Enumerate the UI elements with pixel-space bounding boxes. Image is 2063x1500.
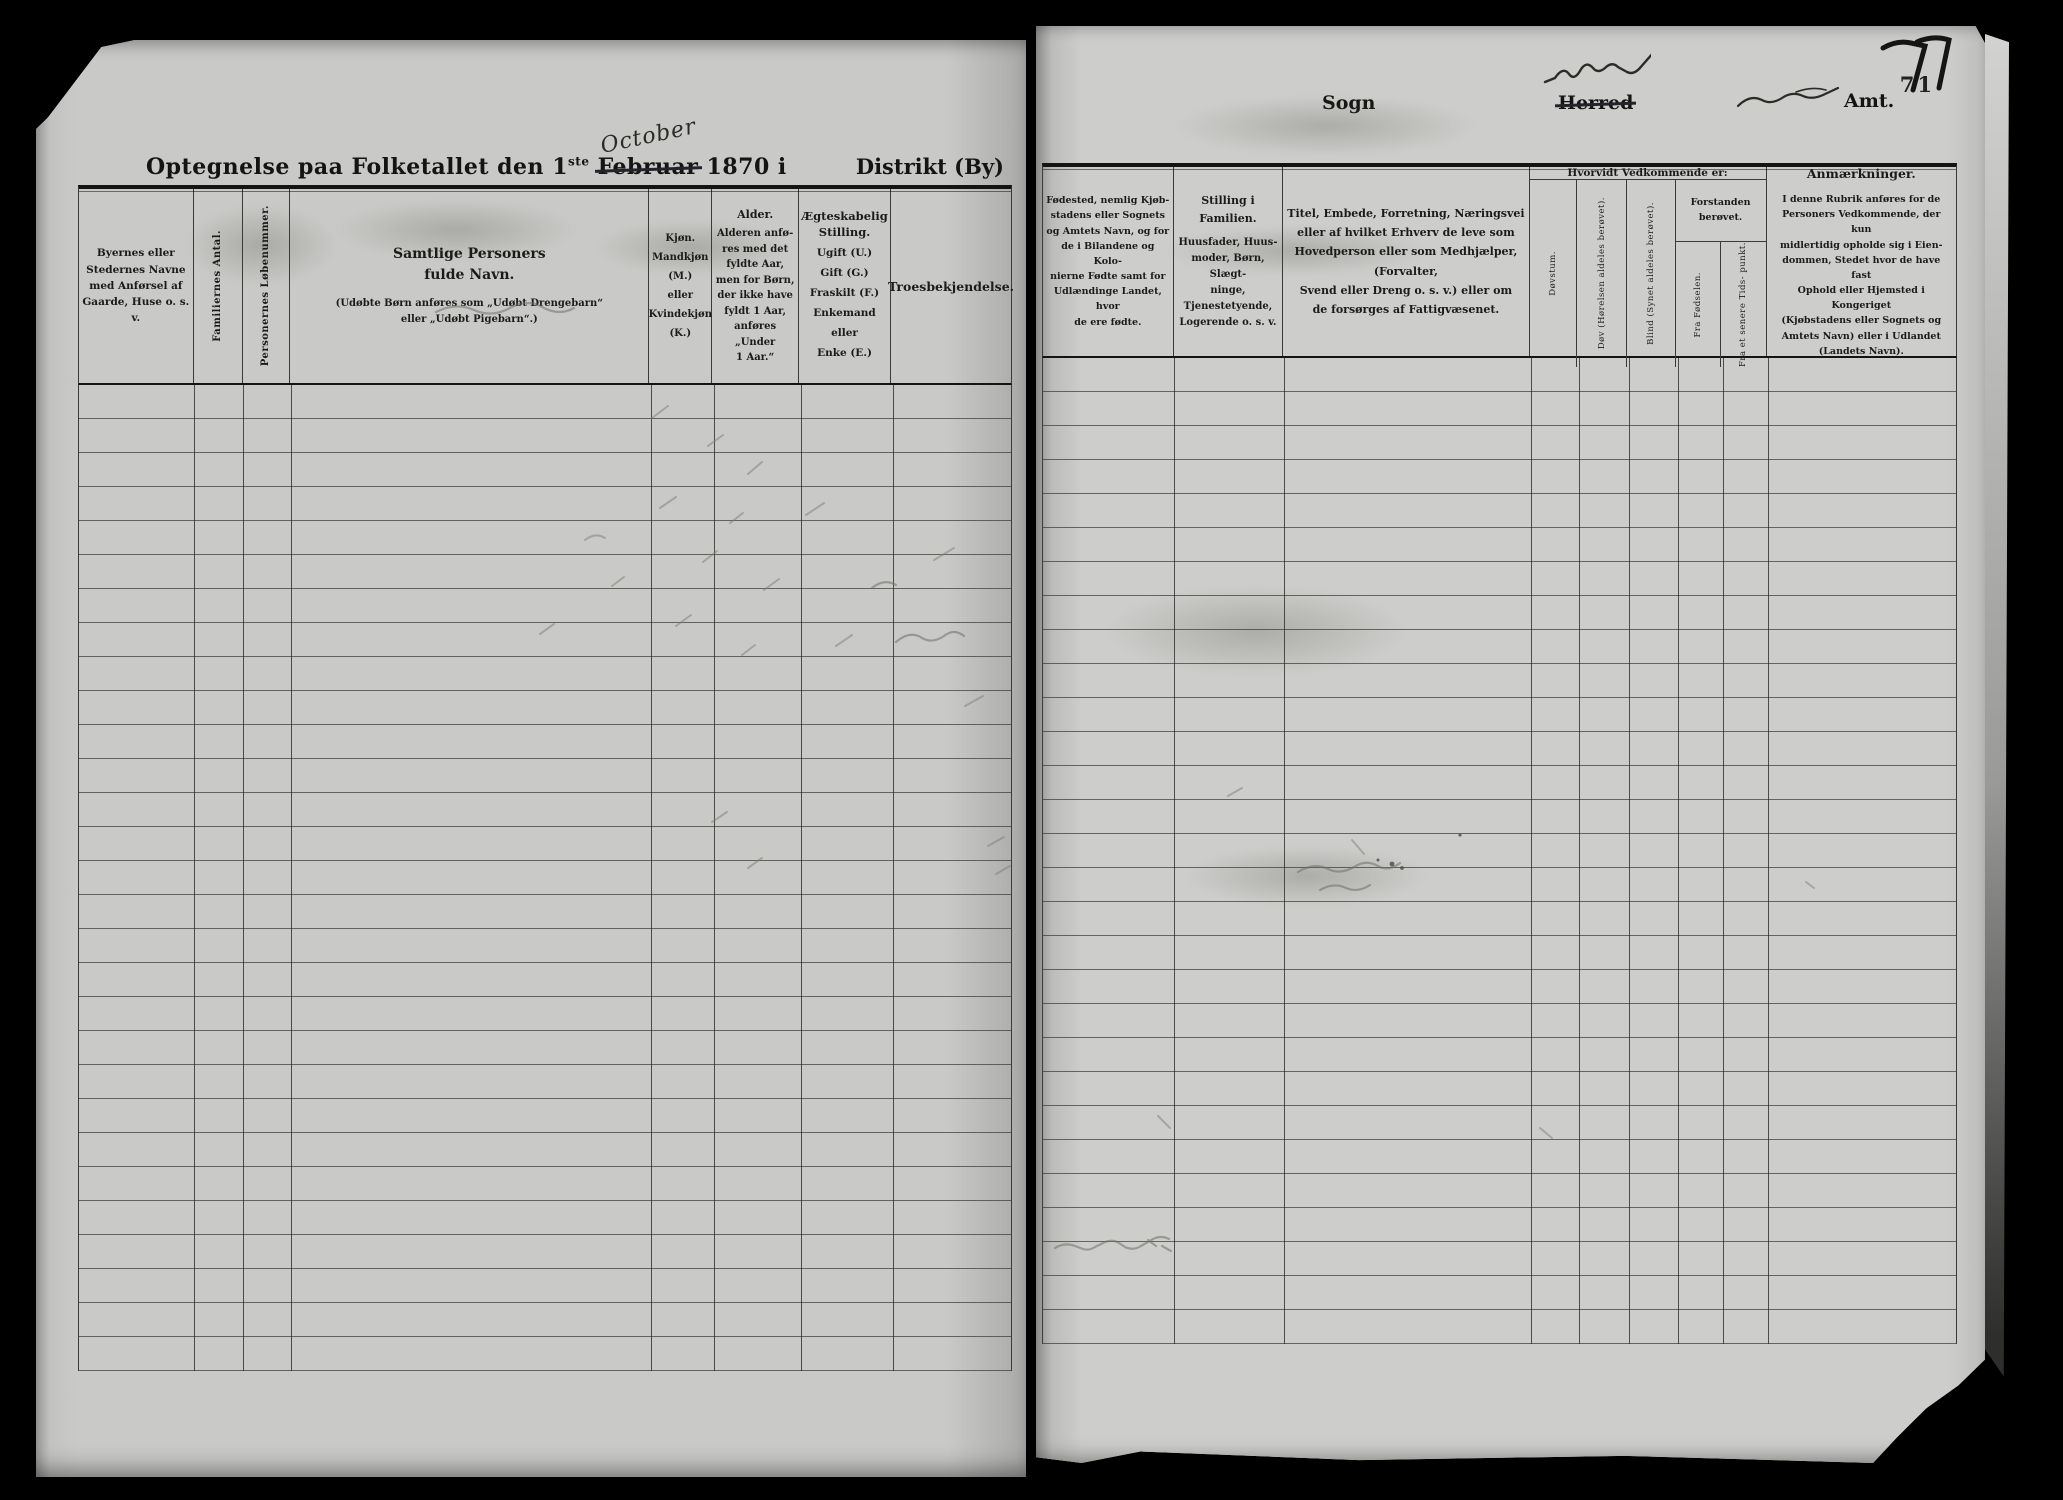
table-row bbox=[1043, 596, 1956, 630]
table-row bbox=[1043, 664, 1956, 698]
table-row bbox=[1043, 1310, 1956, 1344]
table-row bbox=[79, 827, 1011, 861]
table-row bbox=[79, 521, 1011, 555]
left-page: Optegnelse paa Folketallet den 1ste Febr… bbox=[36, 40, 1026, 1477]
table-row bbox=[79, 1167, 1011, 1201]
column-subgroup-insane: Forstanden berøvet. Fra Fødselen. Fra et… bbox=[1676, 180, 1766, 367]
table-row bbox=[79, 453, 1011, 487]
census-title: Optegnelse paa Folketallet den 1ste Febr… bbox=[146, 154, 787, 180]
table-row bbox=[79, 895, 1011, 929]
table-row bbox=[1043, 1106, 1956, 1140]
table-row bbox=[79, 691, 1011, 725]
column-line bbox=[651, 385, 652, 1371]
table-row bbox=[79, 1133, 1011, 1167]
column-header-creed: Troesbekjendelse. bbox=[891, 189, 1011, 383]
right-page: Sogn Herred Amt. 71 Fødested, nemlig Kjø… bbox=[1036, 26, 1985, 1463]
column-header-person-number: Personernes Løbenummer. bbox=[243, 189, 291, 383]
table-row bbox=[1043, 1208, 1956, 1242]
bleedthrough-smudge bbox=[1176, 96, 1476, 156]
handwritten-month: October bbox=[598, 114, 698, 159]
left-table-body bbox=[78, 385, 1012, 1371]
table-row bbox=[1043, 460, 1956, 494]
table-row bbox=[1043, 562, 1956, 596]
table-row bbox=[1043, 800, 1956, 834]
column-header-blind: Blind (Synet aldeles berøvet). bbox=[1627, 180, 1676, 367]
table-row bbox=[79, 1201, 1011, 1235]
title-suffix: 1870 i bbox=[707, 154, 787, 180]
table-row bbox=[1043, 698, 1956, 732]
column-line bbox=[714, 385, 715, 1371]
table-row bbox=[1043, 1004, 1956, 1038]
column-line bbox=[1768, 358, 1769, 1344]
handwritten-herred-correction bbox=[1541, 48, 1651, 92]
right-table-body bbox=[1042, 358, 1957, 1344]
table-row bbox=[79, 1303, 1011, 1337]
column-line bbox=[893, 385, 894, 1371]
table-row bbox=[1043, 1242, 1956, 1276]
table-row bbox=[79, 1269, 1011, 1303]
month-correction: Februar October bbox=[598, 154, 699, 180]
column-header-age: Alder. Alderen anfø- res med det fyldte … bbox=[712, 189, 799, 383]
column-header-later-onset: Fra et senere Tids- punkt. bbox=[1721, 242, 1766, 367]
table-row bbox=[79, 487, 1011, 521]
left-table-header: Byernes eller Stedernes Navne med Anførs… bbox=[78, 185, 1012, 385]
table-row bbox=[79, 385, 1011, 419]
column-header-remarks: Anmærkninger. I denne Rubrik anføres for… bbox=[1767, 167, 1956, 356]
column-header-birthplace: Fødested, nemlig Kjøb- stadens eller Sog… bbox=[1043, 167, 1174, 356]
table-row bbox=[79, 1099, 1011, 1133]
column-header-family-position: Stilling i Familien. Huusfader, Huus- mo… bbox=[1174, 167, 1284, 356]
table-row bbox=[1043, 1140, 1956, 1174]
table-row bbox=[1043, 630, 1956, 664]
subgroup-title: Forstanden berøvet. bbox=[1676, 180, 1766, 242]
column-line bbox=[1629, 358, 1630, 1344]
table-row bbox=[79, 793, 1011, 827]
page-number-handwritten bbox=[1877, 32, 1957, 102]
column-header-occupation: Titel, Embede, Forretning, Næringsvei el… bbox=[1283, 167, 1529, 356]
book-fore-edge bbox=[1985, 34, 2009, 1390]
table-row bbox=[79, 623, 1011, 657]
column-line bbox=[1284, 358, 1285, 1344]
left-page-title-row: Optegnelse paa Folketallet den 1ste Febr… bbox=[36, 136, 1026, 186]
column-line bbox=[1531, 358, 1532, 1344]
column-header-sex: Kjøn. Mandkjøn (M.) eller Kvindekjøn (K.… bbox=[649, 189, 712, 383]
handwritten-amt-name bbox=[1736, 84, 1840, 114]
table-row bbox=[79, 929, 1011, 963]
table-row bbox=[1043, 902, 1956, 936]
table-row bbox=[79, 725, 1011, 759]
table-row bbox=[79, 1337, 1011, 1371]
column-line bbox=[194, 385, 195, 1371]
table-row bbox=[1043, 1072, 1956, 1106]
column-header-full-name: Samtlige Personers fulde Navn. (Udøbte B… bbox=[290, 189, 649, 383]
table-row bbox=[79, 759, 1011, 793]
table-row bbox=[1043, 528, 1956, 562]
table-row bbox=[79, 997, 1011, 1031]
table-row bbox=[79, 589, 1011, 623]
table-row bbox=[79, 657, 1011, 691]
table-row bbox=[79, 1065, 1011, 1099]
table-row bbox=[1043, 494, 1956, 528]
table-row bbox=[79, 1031, 1011, 1065]
column-header-from-birth: Fra Fødselen. bbox=[1676, 242, 1721, 367]
column-line bbox=[1579, 358, 1580, 1344]
day-suffix: ste bbox=[568, 155, 589, 169]
column-header-places: Byernes eller Stedernes Navne med Anførs… bbox=[79, 189, 194, 383]
left-table: Byernes eller Stedernes Navne med Anførs… bbox=[78, 185, 1012, 1371]
column-header-deaf: Døv (Hørelsen aldeles berøvet). bbox=[1577, 180, 1627, 367]
table-row bbox=[1043, 1038, 1956, 1072]
column-line bbox=[1174, 358, 1175, 1344]
table-row bbox=[1043, 1174, 1956, 1208]
column-line bbox=[243, 385, 244, 1371]
table-row bbox=[1043, 426, 1956, 460]
district-label: Distrikt (By) bbox=[856, 154, 1004, 179]
table-row bbox=[1043, 358, 1956, 392]
table-row bbox=[1043, 732, 1956, 766]
struck-month: Februar bbox=[598, 154, 699, 180]
column-header-deaf-mute: Døvstum. bbox=[1530, 180, 1578, 367]
table-row bbox=[1043, 936, 1956, 970]
column-header-marital-status: Ægteskabelig Stilling. Ugift (U.) Gift (… bbox=[799, 189, 891, 383]
column-group-conditions: Hvorvidt Vedkommende er: Døvstum. Døv (H… bbox=[1530, 167, 1767, 356]
right-table: Fødested, nemlig Kjøb- stadens eller Sog… bbox=[1042, 163, 1957, 1344]
title-prefix: Optegnelse paa Folketallet den 1 bbox=[146, 154, 568, 180]
column-line bbox=[801, 385, 802, 1371]
table-row bbox=[79, 1235, 1011, 1269]
table-row bbox=[1043, 970, 1956, 1004]
table-row bbox=[1043, 868, 1956, 902]
table-row bbox=[79, 419, 1011, 453]
table-row bbox=[1043, 1276, 1956, 1310]
table-row bbox=[1043, 392, 1956, 426]
right-table-header: Fødested, nemlig Kjøb- stadens eller Sog… bbox=[1042, 163, 1957, 358]
group-title: Hvorvidt Vedkommende er: bbox=[1530, 167, 1766, 180]
table-row bbox=[1043, 834, 1956, 868]
table-row bbox=[79, 861, 1011, 895]
column-line bbox=[291, 385, 292, 1371]
table-row bbox=[79, 555, 1011, 589]
column-line bbox=[1678, 358, 1679, 1344]
table-row bbox=[1043, 766, 1956, 800]
herred-label-struck: Herred bbox=[1558, 92, 1633, 114]
column-header-family-count: Familiernes Antal. bbox=[194, 189, 243, 383]
column-line bbox=[1723, 358, 1724, 1344]
scanned-census-ledger: { "document_type": "Norwegian census led… bbox=[0, 0, 2063, 1500]
table-row bbox=[79, 963, 1011, 997]
